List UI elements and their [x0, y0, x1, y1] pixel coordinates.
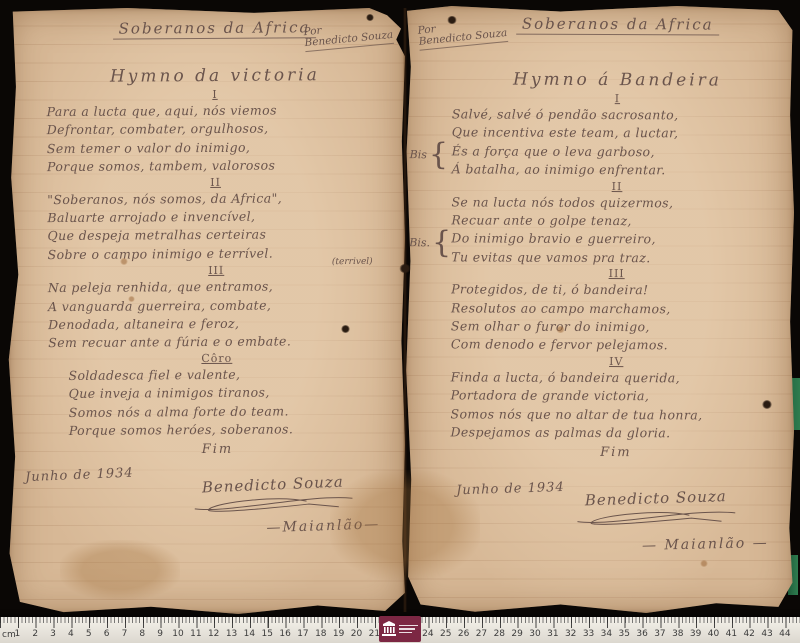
poem-line: Somos nós a alma forte do team.	[43, 401, 392, 422]
ruler-number: 35	[619, 629, 630, 639]
signature-alias: —Maianlão—	[266, 516, 380, 536]
poem-title: Hymno da victoria	[40, 65, 389, 87]
ruler-number: 43	[761, 629, 772, 639]
ruler-number: 2	[32, 629, 38, 639]
author-byline: Por Benedicto Souza	[303, 19, 394, 52]
ruler-number: 14	[244, 629, 255, 639]
signature: Benedicto Souza	[187, 470, 359, 520]
poem-line: Com denodo e fervor pelejamos.	[451, 336, 782, 356]
ruler-number: 38	[672, 629, 683, 639]
poem-line: Despejamos as palmas da gloria.	[450, 423, 781, 443]
poem-line: "Soberanos, nós somos, da Africa",	[41, 188, 390, 209]
page-footer: Junho de 1934 Benedicto Souza — Maianlão…	[450, 459, 781, 546]
building-icon	[382, 621, 396, 637]
ruler-number: 3	[50, 629, 56, 639]
ruler-number: 1	[14, 629, 20, 639]
poem-line: Baluarte arrojado e invencível,	[41, 207, 390, 228]
ruler-number: 27	[476, 629, 487, 639]
poem-line: Resolutos ao campo marchamos,	[451, 299, 782, 319]
poem-line: Tu evitas que vamos pra traz.	[451, 248, 782, 268]
ruler-number: 4	[68, 629, 74, 639]
stanza: CôroSoldadesca fiel e valente,Que inveja…	[42, 351, 392, 441]
brace-glyph: {	[432, 225, 451, 260]
ruler-number: 28	[494, 629, 505, 639]
stanza: IISe na lucta nós todos quizermos,Recuar…	[451, 179, 782, 268]
poem-line: Defrontar, combater, orgulhosos,	[41, 119, 390, 140]
poem-line: Salvé, salvé ó pendão sacrosanto,	[452, 105, 783, 125]
ruler-number: 17	[297, 629, 308, 639]
scanned-manuscript: Soberanos da Africa Por Benedicto Souza …	[0, 0, 800, 643]
poem-line: Á batalha, ao inimigo enfrentar.	[452, 161, 783, 181]
poem-line: Sem recuar ante a fúria e o embate.	[42, 332, 391, 353]
ruler-number: 12	[208, 629, 219, 639]
bis-label: Bis.	[409, 236, 430, 249]
ruler-number: 8	[139, 629, 145, 639]
center-fold	[403, 8, 407, 612]
poem-line: Que despeja metralhas certeiras	[41, 225, 390, 246]
poem-body: ISalvé, salvé ó pendão sacrosanto,Que in…	[450, 91, 783, 443]
ruler-number: 7	[122, 629, 128, 639]
ruler-number: 5	[86, 629, 92, 639]
end-label: Fim	[450, 444, 781, 460]
poem-body: IPara a lucta que, aqui, nós viemosDefro…	[40, 87, 391, 441]
poem-title: Hymno á Bandeira	[452, 69, 783, 90]
ruler-number: 20	[351, 629, 362, 639]
ruler-number: 15	[262, 629, 273, 639]
stanza-number: IV	[451, 354, 782, 369]
ruler-number: 40	[708, 629, 719, 639]
bis-marker: Bis.{	[409, 225, 451, 260]
document-title: Soberanos da Africa	[113, 18, 317, 39]
brace-glyph: {	[429, 137, 448, 172]
stanza: II"Soberanos, nós somos, da Africa",Balu…	[41, 174, 391, 269]
stanza: IIIProtegidos, de ti, ó bandeira!Resolut…	[451, 267, 782, 356]
ruler-number: 36	[636, 629, 647, 639]
ruler-number: 31	[547, 629, 558, 639]
stanza: ISalvé, salvé ó pendão sacrosanto,Que in…	[452, 91, 783, 180]
poem-line: Porque somos, tambem, valorosos	[41, 156, 390, 177]
archive-building-logo	[379, 616, 421, 642]
poem-line: Sem temer o valor do inimigo,	[41, 138, 390, 159]
stanza: IIINa peleja renhida, que entramos,A van…	[42, 263, 392, 353]
ruler-number: 41	[726, 629, 737, 639]
signature: Benedicto Souza	[571, 485, 742, 533]
ruler-number: 25	[440, 629, 451, 639]
poem-line: Protegidos, de ti, ó bandeira!	[451, 281, 782, 301]
ruler-number: 11	[190, 629, 201, 639]
ruler-number: 9	[157, 629, 163, 639]
signature-alias: — Maianlão —	[642, 535, 769, 554]
ruler-number: 42	[743, 629, 754, 639]
poem-line: Na peleja renhida, que entramos,	[42, 277, 391, 298]
measurement-ruler: cm 1234567891011121314151617181920212223…	[0, 617, 800, 643]
poem-line: Portadora de grande victoria,	[451, 387, 782, 407]
page-footer: Junho de 1934 Benedicto Souza —Maianlão—	[43, 455, 393, 543]
bis-marker: Bis{	[410, 137, 448, 172]
ruler-number: 13	[226, 629, 237, 639]
stanza-number: I	[452, 91, 783, 106]
poem-line: Recuar ante o golpe tenaz,	[451, 211, 782, 231]
page-header: Soberanos da Africa Por Benedicto Souza	[452, 13, 783, 48]
stanza-number: III	[451, 267, 782, 282]
stanza: IVFinda a lucta, ó bandeira querida,Port…	[450, 354, 781, 443]
date: Junho de 1934	[456, 479, 565, 497]
page-header: Soberanos da Africa Por Benedicto Souza	[40, 17, 389, 53]
ruler-number: 33	[583, 629, 594, 639]
logo-text-lines	[399, 625, 418, 634]
ruler-number: 32	[565, 629, 576, 639]
bis-label: Bis	[410, 148, 427, 161]
poem-line: Somos nós que no altar de tua honra,	[451, 405, 782, 425]
ruler-number: 44	[779, 629, 790, 639]
poem-line: Do inimigo bravio e guerreiro,	[451, 230, 782, 250]
poem-line: Que incentiva este team, a luctar,	[452, 124, 783, 144]
ruler-number: 19	[333, 629, 344, 639]
ruler-number: 34	[601, 629, 612, 639]
ruler-number: 10	[172, 629, 183, 639]
poem-line: Que inveja a inimigos tiranos,	[43, 383, 392, 404]
date: Junho de 1934	[25, 465, 134, 485]
poem-line: A vanguarda guerreira, combate,	[42, 295, 391, 316]
ruler-number: 6	[104, 629, 110, 639]
ruler-number: 24	[422, 629, 433, 639]
stanza-number: II	[452, 179, 783, 194]
poem-line: Porque somos heróes, soberanos.	[43, 420, 392, 441]
ruler-number: 16	[279, 629, 290, 639]
author-byline: Por Benedicto Souza	[417, 17, 508, 51]
ruler-number: 18	[315, 629, 326, 639]
ruler-number: 30	[529, 629, 540, 639]
manuscript-page-right: Soberanos da Africa Por Benedicto Souza …	[405, 6, 794, 613]
poem-line: És a força que o leva garboso,	[452, 142, 783, 162]
poem-line: Sem olhar o furor do inimigo,	[451, 317, 782, 337]
manuscript-page-left: Soberanos da Africa Por Benedicto Souza …	[8, 8, 405, 614]
ruler-number: 37	[654, 629, 665, 639]
poem-line: Soldadesca fiel e valente,	[42, 365, 391, 386]
ruler-number: 29	[511, 629, 522, 639]
poem-line: Para a lucta que, aqui, nós viemos	[41, 101, 390, 122]
poem-line: Finda a lucta, ó bandeira querida,	[451, 368, 782, 388]
ruler-number: 39	[690, 629, 701, 639]
stanza: IPara a lucta que, aqui, nós viemosDefro…	[40, 87, 390, 177]
document-title: Soberanos da Africa	[516, 15, 720, 36]
ruler-number: 26	[458, 629, 469, 639]
poem-line: Denodada, altaneira e feroz,	[42, 314, 391, 335]
poem-line: Se na lucta nós todos quizermos,	[451, 193, 782, 213]
